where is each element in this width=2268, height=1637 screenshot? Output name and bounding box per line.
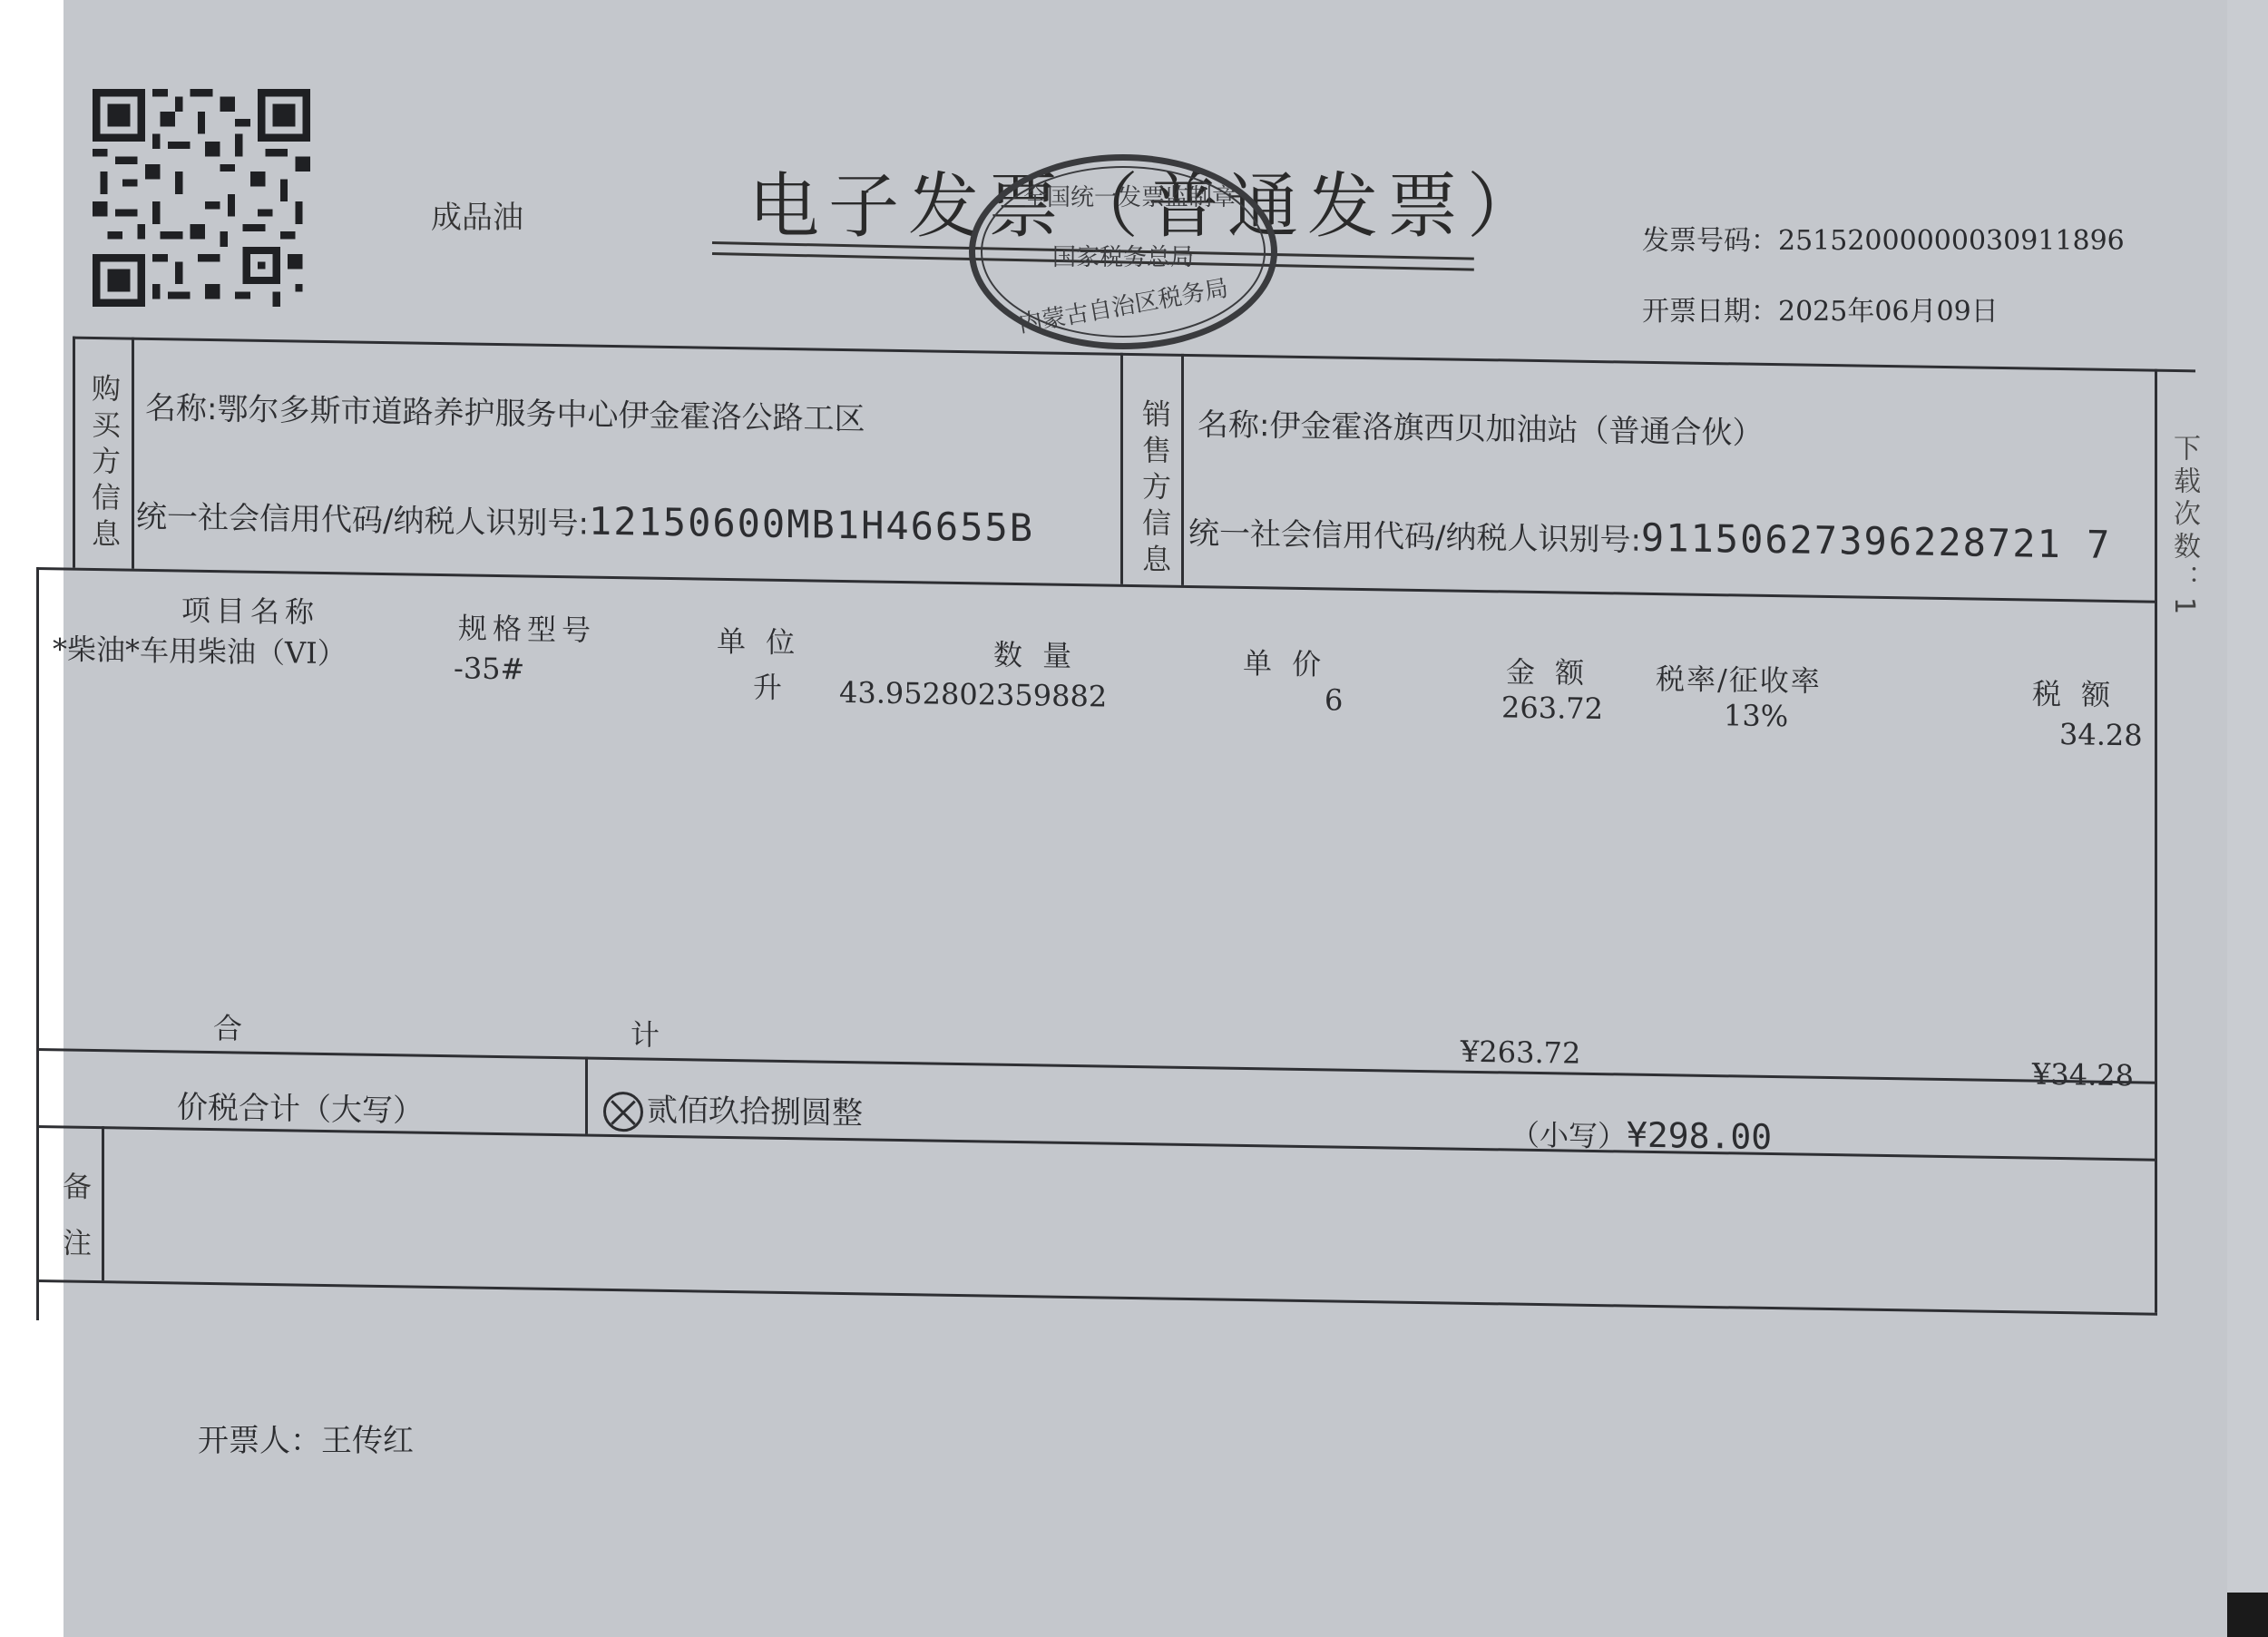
border-left xyxy=(36,567,39,1320)
grand-total-bottom xyxy=(36,1125,2157,1162)
background-corner xyxy=(2227,1593,2268,1637)
invoice-number: 发票号码：25152000000030911896 xyxy=(1642,218,2125,258)
col-tax-rate: 税率/征收率 xyxy=(1656,656,1822,701)
buyer-seller-divider xyxy=(1120,353,1123,584)
col-quantity: 数 量 xyxy=(993,632,1077,675)
col-unit-price: 单 价 xyxy=(1243,641,1326,683)
col-spec: 规格型号 xyxy=(458,605,596,649)
download-count: 下载次数：1 xyxy=(2164,434,2204,620)
seller-name-value: 伊金霍洛旗西贝加油站（普通合伙） xyxy=(1269,407,1763,452)
invoice-table: 购买方信息 名称:鄂尔多斯市道路养护服务中心伊金霍洛公路工区 统一社会信用代码/… xyxy=(36,336,2159,1458)
seller-tax-id: 统一社会信用代码/纳税人识别号:91150627396228721 7 xyxy=(1188,508,2111,567)
seller-section-label: 销售方信息 xyxy=(1134,398,1176,581)
remarks-label-divider xyxy=(102,1126,104,1280)
seller-tax-id-label: 统一社会信用代码/纳税人识别号: xyxy=(1188,515,1641,559)
buyer-tax-id: 统一社会信用代码/纳税人识别号:12150600MB1H46655B xyxy=(136,492,1034,551)
col-tax: 税 额 xyxy=(2032,671,2116,714)
border-right xyxy=(2155,369,2157,1313)
buyer-label-divider xyxy=(132,338,134,569)
buyer-name-value: 鄂尔多斯市道路养护服务中心伊金霍洛公路工区 xyxy=(217,391,865,437)
item-unit: 升 xyxy=(753,664,782,707)
item-quantity: 43.952802359882 xyxy=(839,675,1107,714)
paper-edge xyxy=(2227,0,2268,1637)
total-tax: ¥34.28 xyxy=(2032,1057,2134,1093)
col-unit: 单 位 xyxy=(717,619,800,662)
grand-total-divider xyxy=(585,1057,588,1134)
seller-name-label: 名称: xyxy=(1198,407,1269,444)
grand-total-upper-value: 贰佰玖拾捌圆整 xyxy=(647,1093,863,1132)
border-bottom xyxy=(36,1279,2157,1316)
border-left-buyer xyxy=(73,337,75,568)
totals-label: 合 计 xyxy=(213,1005,714,1055)
official-seal: 全国统一发票监制章 国家税务总局 内蒙古自治区税务局 xyxy=(969,154,1277,349)
grand-total-label: 价税合计（大写） xyxy=(177,1082,424,1130)
invoice-number-label: 发票号码： xyxy=(1642,225,1778,257)
seal-middle-text: 国家税务总局 xyxy=(975,239,1271,272)
buyer-name: 名称:鄂尔多斯市道路养护服务中心伊金霍洛公路工区 xyxy=(145,383,865,438)
issuer-name: 王传红 xyxy=(321,1423,414,1459)
invoice-category: 成品油 xyxy=(431,192,523,237)
item-amount: 263.72 xyxy=(1501,690,1603,726)
totals-divider xyxy=(36,1048,2157,1084)
remarks-label: 备注 xyxy=(54,1171,96,1284)
seller-name: 名称:伊金霍洛旗西贝加油站（普通合伙） xyxy=(1198,399,1763,453)
issue-date-value: 2025年06月09日 xyxy=(1778,296,1999,328)
issue-date: 开票日期：2025年06月09日 xyxy=(1642,289,1999,328)
issue-date-label: 开票日期： xyxy=(1642,296,1778,328)
invoice-number-value: 25152000000030911896 xyxy=(1778,225,2125,257)
buyer-section-label: 购买方信息 xyxy=(83,373,125,555)
col-item-name: 项目名称 xyxy=(181,588,319,632)
seal-top-text: 全国统一发票监制章 xyxy=(1012,179,1247,212)
buyer-tax-id-value: 12150600MB1H46655B xyxy=(589,499,1034,551)
item-spec: -35# xyxy=(454,651,524,686)
item-tax: 34.28 xyxy=(2059,717,2143,752)
item-unit-price: 6 xyxy=(1325,682,1343,717)
total-amount: ¥263.72 xyxy=(1461,1034,1580,1071)
seller-tax-id-value: 91150627396228721 7 xyxy=(1641,515,2111,567)
buyer-name-label: 名称: xyxy=(145,390,217,427)
seller-label-divider xyxy=(1181,354,1184,585)
header-divider xyxy=(36,567,2157,603)
issuer: 开票人：王传红 xyxy=(198,1416,414,1460)
x-circle-icon xyxy=(603,1091,643,1132)
grand-total-upper: 贰佰玖拾捌圆整 xyxy=(603,1084,863,1135)
col-amount: 金 额 xyxy=(1506,649,1589,691)
buyer-tax-id-label: 统一社会信用代码/纳税人识别号: xyxy=(136,499,589,543)
item-name: *柴油*车用柴油（VI） xyxy=(53,626,347,672)
qr-code-icon xyxy=(93,89,310,307)
item-tax-rate: 13% xyxy=(1724,698,1788,733)
issuer-label: 开票人： xyxy=(198,1423,321,1459)
